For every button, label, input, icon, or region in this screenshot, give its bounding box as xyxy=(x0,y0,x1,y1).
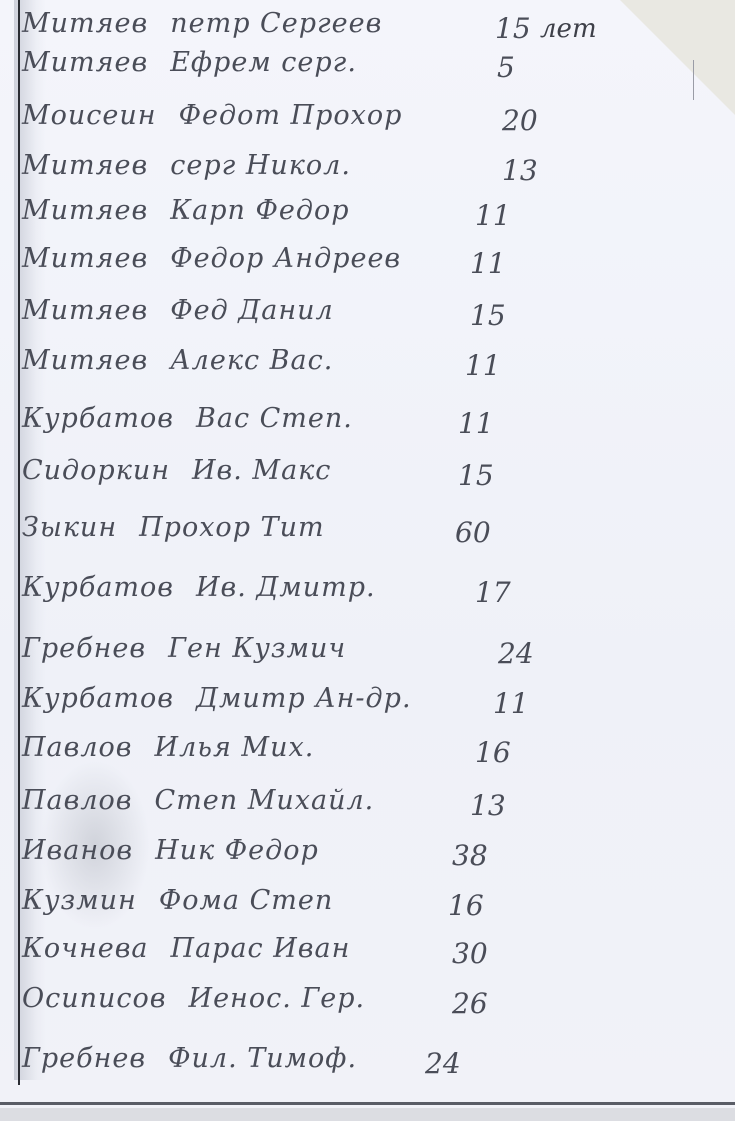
given-name: Дмитр Ан-др. xyxy=(196,683,412,714)
list-row: КузминФома Степ xyxy=(22,885,333,925)
list-row: Митяевпетр Сергеев xyxy=(22,8,382,48)
surname: Митяев xyxy=(22,8,148,39)
given-name: Фил. Тимоф. xyxy=(168,1043,357,1074)
list-row: КурбатовДмитр Ан-др. xyxy=(22,683,412,723)
given-name: Прохор Тит xyxy=(139,512,324,543)
given-name: Иенос. Гер. xyxy=(189,983,366,1014)
age-count: 15 xyxy=(495,12,531,45)
list-row: КочневаПарас Иван xyxy=(22,933,350,973)
age-count: 30 xyxy=(452,937,488,970)
surname: Кузмин xyxy=(22,885,137,916)
age-count: 38 xyxy=(452,839,488,872)
surname: Кочнева xyxy=(22,933,149,964)
list-row: МитяевФед Данил xyxy=(22,295,334,335)
given-name: Фома Степ xyxy=(159,885,333,916)
given-name: Карп Федор xyxy=(170,195,349,226)
page-bottom-edge xyxy=(0,1102,735,1105)
surname: Курбатов xyxy=(22,683,174,714)
age-count: 15 xyxy=(458,459,494,492)
surname: Митяев xyxy=(22,195,148,226)
given-name: Ефрем серг. xyxy=(170,47,357,78)
page-underlay xyxy=(0,1108,735,1121)
surname: Осиписов xyxy=(22,983,167,1014)
age-count: 15 xyxy=(470,299,506,332)
surname: Гребнев xyxy=(22,633,146,664)
list-row: ГребневФил. Тимоф. xyxy=(22,1043,357,1083)
list-row: МитяевЕфрем серг. xyxy=(22,47,357,87)
given-name: петр Сергеев xyxy=(170,8,382,39)
surname: Митяев xyxy=(22,47,148,78)
age-count: 60 xyxy=(455,516,491,549)
list-row: ОсиписовИенос. Гер. xyxy=(22,983,365,1023)
age-count: 11 xyxy=(493,687,529,720)
surname: Митяев xyxy=(22,243,148,274)
surname: Моисеин xyxy=(22,100,157,131)
given-name: серг Никол. xyxy=(170,150,351,181)
given-name: Алекс Вас. xyxy=(170,345,333,376)
surname: Сидоркин xyxy=(22,455,170,486)
surname: Митяев xyxy=(22,295,148,326)
age-count: 16 xyxy=(448,889,484,922)
scanned-page: Митяевпетр Сергеев15летМитяевЕфрем серг.… xyxy=(0,0,735,1121)
list-row: ЗыкинПрохор Тит xyxy=(22,512,325,552)
age-count: 11 xyxy=(470,247,506,280)
given-name: Ген Кузмич xyxy=(168,633,346,664)
given-name: Парас Иван xyxy=(171,933,351,964)
given-name: Ник Федор xyxy=(155,835,319,866)
pencil-mark xyxy=(693,60,694,100)
age-count: 13 xyxy=(470,789,506,822)
surname: Гребнев xyxy=(22,1043,146,1074)
given-name: Ив. Дмитр. xyxy=(196,572,376,603)
surname: Иванов xyxy=(22,835,133,866)
surname: Павлов xyxy=(22,785,133,816)
age-count: 24 xyxy=(425,1047,461,1080)
age-count: 20 xyxy=(502,104,538,137)
given-name: Степ Михайл. xyxy=(155,785,375,816)
unit-note: лет xyxy=(540,14,597,44)
given-name: Вас Степ. xyxy=(196,403,353,434)
list-row: ГребневГен Кузмич xyxy=(22,633,346,673)
list-row: СидоркинИв. Макс xyxy=(22,455,331,495)
surname: Курбатов xyxy=(22,572,174,603)
age-count: 11 xyxy=(475,199,511,232)
given-name: Илья Мих. xyxy=(155,732,315,763)
surname: Курбатов xyxy=(22,403,174,434)
age-count: 26 xyxy=(452,987,488,1020)
list-row: КурбатовВас Степ. xyxy=(22,403,353,443)
surname: Зыкин xyxy=(22,512,117,543)
age-count: 24 xyxy=(498,637,534,670)
list-row: ПавловСтеп Михайл. xyxy=(22,785,374,825)
given-name: Федор Андреев xyxy=(170,243,401,274)
surname: Митяев xyxy=(22,150,148,181)
list-row: ПавловИлья Мих. xyxy=(22,732,314,772)
given-name: Федот Прохор xyxy=(179,100,403,131)
list-row: Митяевсерг Никол. xyxy=(22,150,351,190)
list-row: МоисеинФедот Прохор xyxy=(22,100,402,140)
list-row: МитяевКарп Федор xyxy=(22,195,350,235)
age-count: 5 xyxy=(497,51,515,84)
list-row: МитяевФедор Андреев xyxy=(22,243,401,283)
surname: Павлов xyxy=(22,732,133,763)
torn-corner xyxy=(620,0,735,115)
age-count: 11 xyxy=(465,349,501,382)
list-row: МитяевАлекс Вас. xyxy=(22,345,333,385)
margin-line xyxy=(18,0,20,1085)
age-count: 16 xyxy=(475,736,511,769)
given-name: Ив. Макс xyxy=(192,455,331,486)
list-row: КурбатовИв. Дмитр. xyxy=(22,572,376,612)
surname: Митяев xyxy=(22,345,148,376)
age-count: 11 xyxy=(458,407,494,440)
age-count: 13 xyxy=(502,154,538,187)
list-row: ИвановНик Федор xyxy=(22,835,319,875)
given-name: Фед Данил xyxy=(170,295,334,326)
age-count: 17 xyxy=(475,576,511,609)
